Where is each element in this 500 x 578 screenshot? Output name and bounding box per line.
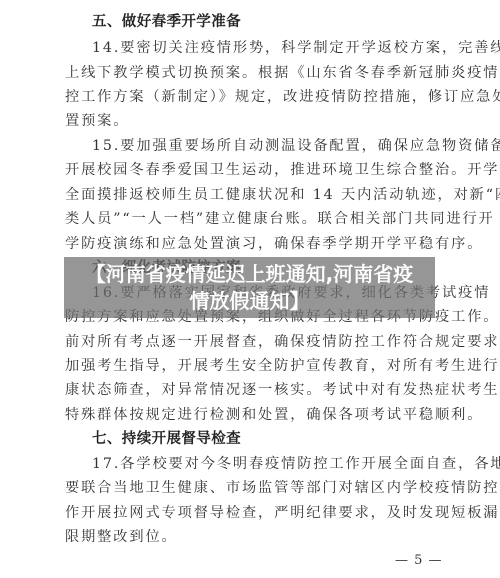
paragraph-line: 14.要密切关注疫情形势，科学制定开学返校方案，完善线 bbox=[92, 39, 437, 57]
overlay-title-line-2: 情放假通知】 bbox=[64, 288, 435, 315]
overlay-title: 【河南省疫情延迟上班通知,河南省疫 情放假通知】 bbox=[64, 257, 435, 315]
paragraph-line: 作开展拉网式专项督导检查，严明纪律要求，及时发现短板漏洞， bbox=[65, 504, 437, 522]
section-heading-7: 七、持续开展督导检查 bbox=[92, 430, 241, 448]
paragraph-line: 类人员”“一人一档”建立健康台账。联合相关部门共同进行开 bbox=[65, 210, 437, 228]
paragraph-line: 学防疫演练和应急处置演习，确保春季学期开学平稳有序。 bbox=[65, 235, 437, 253]
paragraph-line: 全面摸排返校师生员工健康状况和 14 天内活动轨迹，对新“四 bbox=[65, 186, 437, 204]
paragraph-line: 特殊群体按规定进行检测和处置，确保各项考试平稳顺利。 bbox=[65, 406, 437, 424]
paragraph-line: 加强考生指导，开展考生安全防护宣传教育，对所有考生进行健 bbox=[65, 357, 437, 375]
document-page: 五、做好春季开学准备 14.要密切关注疫情形势，科学制定开学返校方案，完善线 上… bbox=[0, 0, 500, 578]
paragraph-line: 前对所有考点逐一开展督查，确保疫情防控工作符合规定要求。 bbox=[65, 333, 437, 351]
section-heading-5: 五、做好春季开学准备 bbox=[92, 13, 241, 31]
page-number: — 5 — bbox=[395, 553, 443, 569]
paragraph-line: 要联合当地卫生健康、市场监管等部门对辖区内学校疫情防控工 bbox=[65, 479, 437, 497]
paragraph-line: 康状态筛查，对异常情况逐一核实。考试中对有发热症状考生等 bbox=[65, 381, 437, 399]
paragraph-line: 17.各学校要对今冬明春疫情防控工作开展全面自查，各地 bbox=[92, 455, 437, 473]
paragraph-line: 控工作方案（新制定）》规定，改进疫情防控措施，修订应急处 bbox=[65, 88, 437, 106]
overlay-title-line-1: 【河南省疫情延迟上班通知,河南省疫 bbox=[64, 261, 435, 288]
paragraph-line: 置预案。 bbox=[65, 112, 437, 130]
paragraph-line: 15.要加强重要场所自动测温设备配置，确保应急物资储备。 bbox=[92, 137, 437, 155]
paragraph-line: 上线下教学模式切换预案。根据《山东省冬春季新冠肺炎疫情防 bbox=[65, 64, 437, 82]
paragraph-line: 开展校园冬春季爱国卫生运动，推进环境卫生综合整治。开学前 bbox=[65, 161, 437, 179]
paragraph-line: 限期整改到位。 bbox=[65, 528, 437, 546]
